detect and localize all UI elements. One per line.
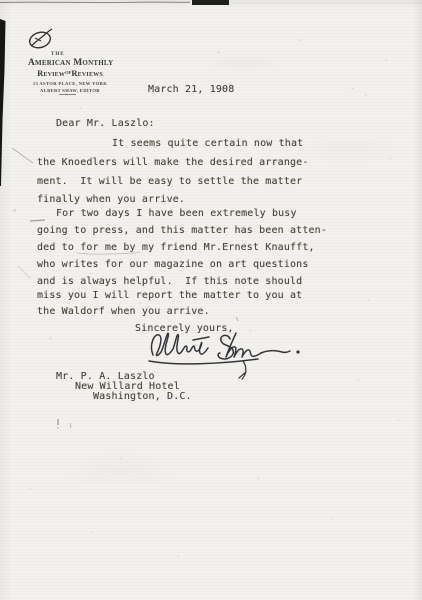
- letterhead-review: Review: [37, 68, 65, 78]
- pencil-tick: [236, 317, 238, 321]
- letter-line: ment. It will be easy to settle the matt…: [37, 176, 302, 188]
- letter-line: the Knoedlers will make the desired arra…: [37, 157, 309, 169]
- pencil-stroke: [18, 266, 31, 279]
- pencil-stroke: [12, 148, 33, 163]
- letter-line: going to press, and this matter has been…: [37, 225, 327, 237]
- letter-line: finally when you arrive.: [37, 194, 185, 206]
- letter-line: the Waldorf when you arrive.: [37, 306, 210, 318]
- letterhead-the: THE: [28, 52, 112, 57]
- letterhead-review-line: ReviewOFReviews: [28, 68, 112, 78]
- letterhead-name: American Monthly: [28, 58, 112, 68]
- pencil-dash: [30, 220, 45, 221]
- top-edge-dark-segment: [192, 0, 229, 5]
- stamp-logo-icon: [25, 26, 59, 54]
- left-edge-streak: [0, 19, 6, 186]
- salutation: Dear Mr. Laszlo:: [56, 118, 155, 130]
- letter-date: March 21, 1908: [148, 84, 234, 96]
- letterhead-address: 13 ASTOR PLACE, NEW YORK: [28, 81, 112, 86]
- letterhead-rule: [59, 94, 76, 95]
- letter-page: THE American Monthly ReviewOFReviews 13 …: [0, 0, 422, 600]
- letter-line: and is always helpful. If this note shou…: [37, 276, 302, 288]
- letterhead-editor: ALBERT SHAW, EDITOR: [28, 88, 112, 93]
- letterhead: THE American Monthly ReviewOFReviews 13 …: [28, 52, 112, 93]
- letter-line: For two days I have been extremely busy: [56, 208, 297, 220]
- letter-line: miss you I will report the matter to you…: [37, 290, 302, 302]
- signature: Albert Shaw: [146, 330, 306, 384]
- letter-line: ded to for me by my friend Mr.Ernest Kna…: [37, 242, 315, 254]
- letterhead-reviews: Reviews: [71, 68, 103, 78]
- pencil-tick: [70, 423, 71, 428]
- letter-line: It seems quite certain now that: [112, 138, 303, 150]
- paper-specks: [0, 0, 1, 1]
- recipient-city: Washington, D.C.: [93, 391, 192, 403]
- letter-line: who writes for our magazine on art quest…: [37, 259, 309, 271]
